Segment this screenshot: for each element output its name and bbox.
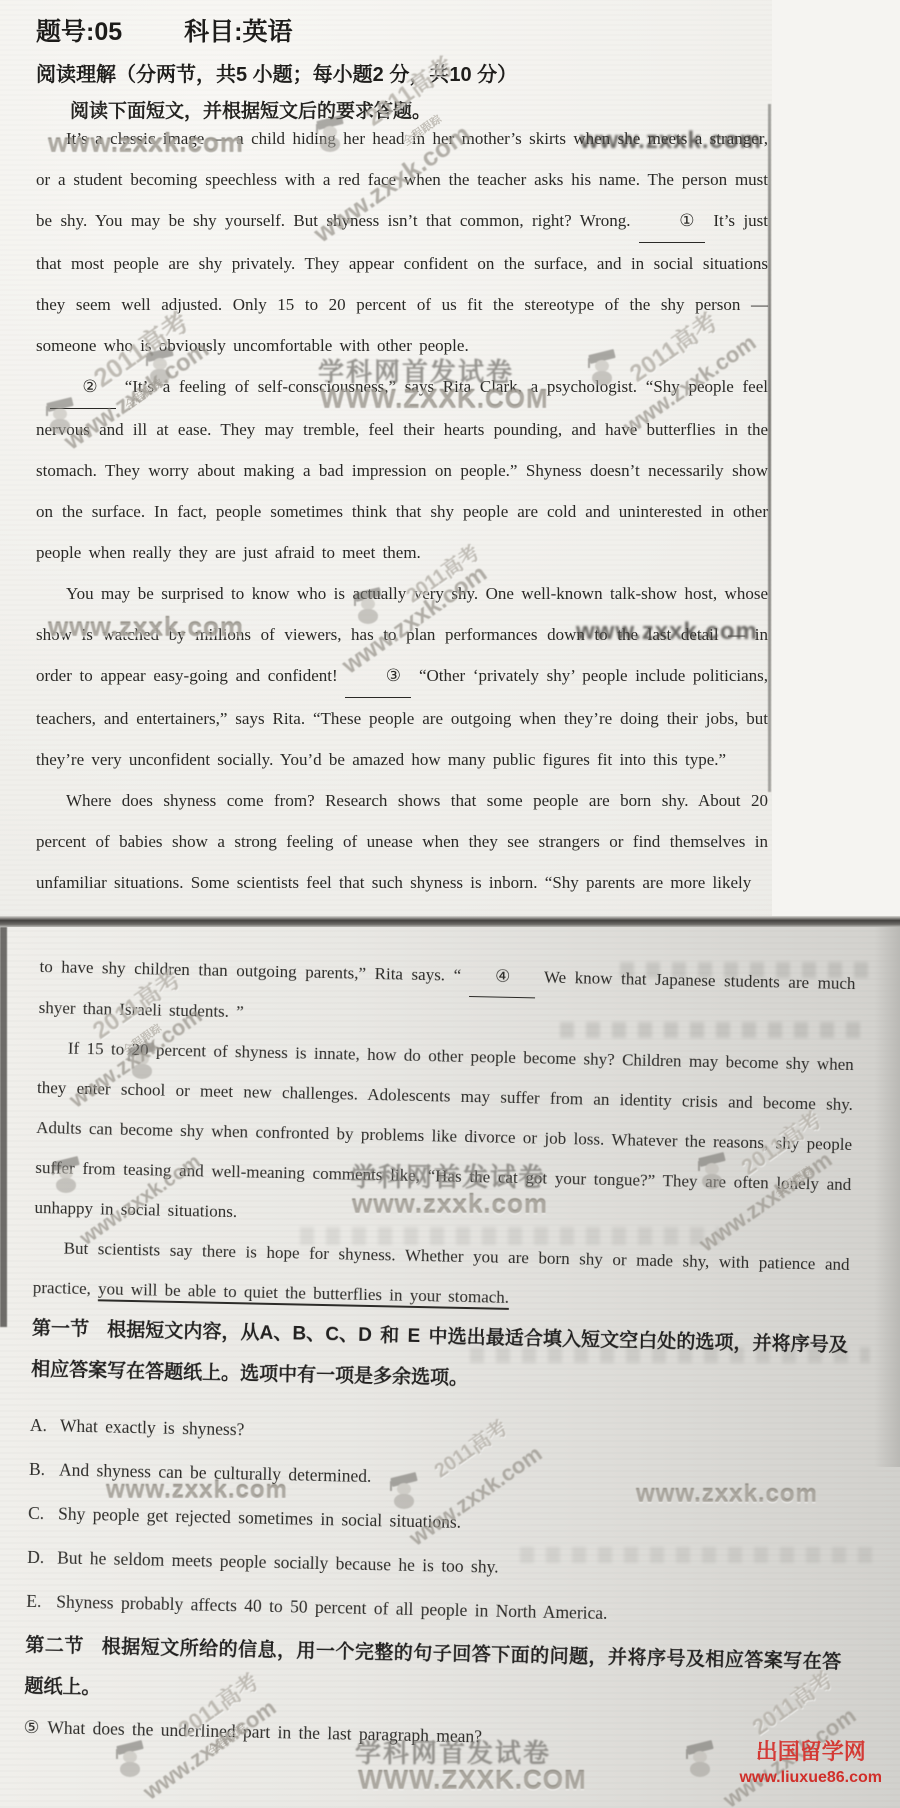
page-edge-shadow xyxy=(0,927,7,1327)
subject-label: 科目:英语 xyxy=(184,12,292,48)
options-list: A.What exactly is shyness? B.And shyness… xyxy=(26,1405,846,1642)
section-1-instruction: 第一节根据短文内容，从A、B、C、D 和 E 中选出最适合填入短文空白处的选项，… xyxy=(31,1308,849,1407)
blank-2: ② xyxy=(50,367,116,409)
scan-seam-divider xyxy=(0,916,900,927)
exam-scan-page: 题号:05 科目:英语 阅读理解（分两节，共5 小题；每小题2 分，共10 分）… xyxy=(0,0,900,1808)
blank-3: ③ xyxy=(345,656,411,698)
reading-section-title: 阅读理解（分两节，共5 小题；每小题2 分，共10 分） xyxy=(36,58,517,87)
scan-section-top: 题号:05 科目:英语 阅读理解（分两节，共5 小题；每小题2 分，共10 分）… xyxy=(0,0,900,921)
question-number-label: 题号:05 xyxy=(36,12,122,48)
underlined-sentence: you will be able to quiet the butterflie… xyxy=(98,1279,509,1307)
paragraph-3: You may be surprised to know who is actu… xyxy=(36,573,768,780)
exam-header: 题号:05 科目:英语 xyxy=(36,12,292,48)
blank-4: ④ xyxy=(469,956,536,998)
blank-1: ① xyxy=(639,201,705,243)
page-edge-shadow xyxy=(768,104,771,792)
page-right-margin xyxy=(772,0,900,921)
passage-bottom: to have shy children than outgoing paren… xyxy=(23,947,856,1765)
liuxue-site-name: 出国留学网 xyxy=(739,1735,882,1766)
paragraph-2: ② “It’s a feeling of self-consciousness,… xyxy=(36,366,768,573)
passage-top: It’s a classic image — a child hiding he… xyxy=(36,118,768,903)
paragraph-5: If 15 to 20 percent of shyness is innate… xyxy=(34,1028,854,1245)
question-5-number: ⑤ xyxy=(23,1718,39,1738)
paragraph-1: It’s a classic image — a child hiding he… xyxy=(36,118,768,366)
liuxue-branding: 出国留学网 www.liuxue86.com xyxy=(739,1735,882,1787)
page-edge-shadow xyxy=(874,927,900,1467)
scan-section-bottom: to have shy children than outgoing paren… xyxy=(0,927,900,1808)
liuxue-site-url: www.liuxue86.com xyxy=(739,1769,882,1787)
paragraph-4-top: Where does shyness come from? Research s… xyxy=(36,780,768,903)
zxxk-watermark: WWW.ZXXK.COM xyxy=(358,1765,587,1796)
